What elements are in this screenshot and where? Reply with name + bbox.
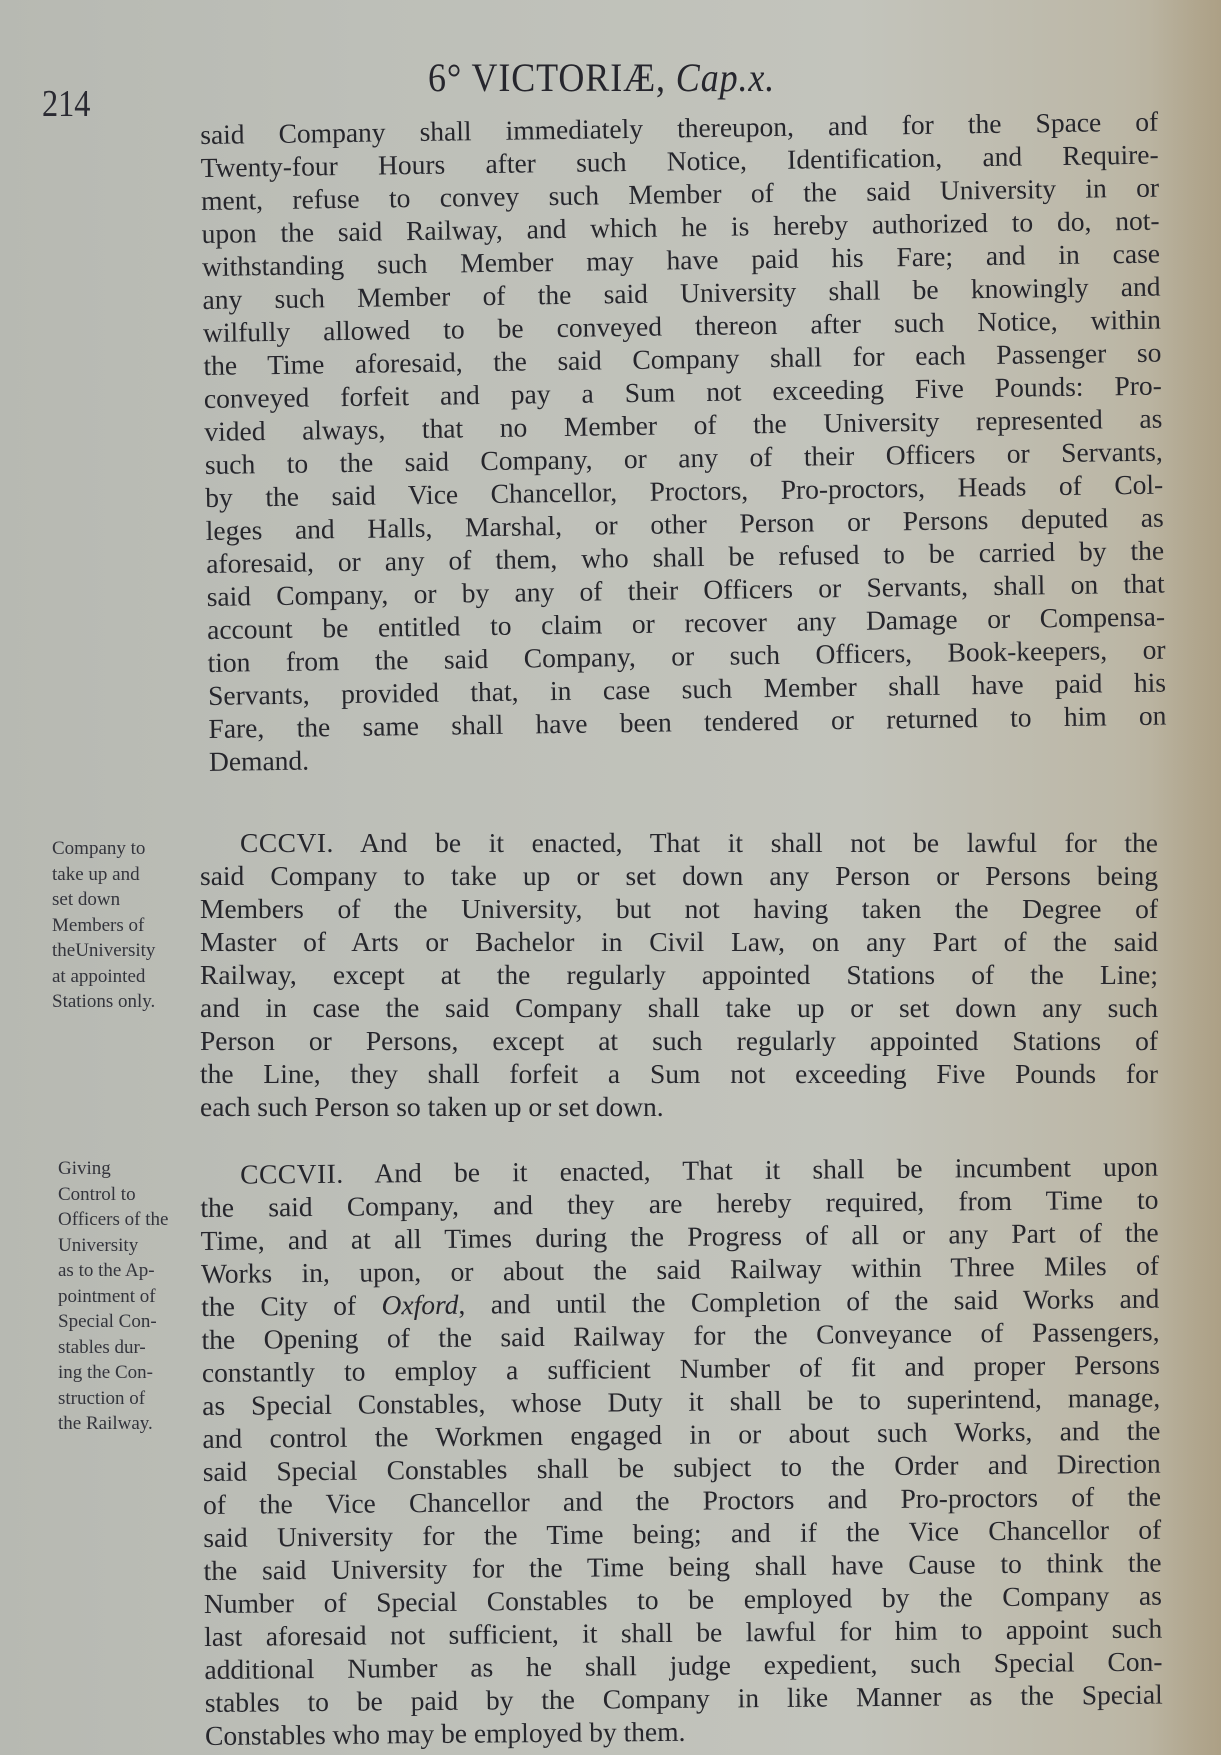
page-number: 214 [42, 82, 90, 126]
text-line: CCCVI. And be it enacted, That it shall … [200, 826, 1158, 859]
note-line: Giving [58, 1156, 168, 1182]
text-line: each such Person so taken up or set down… [200, 1090, 1158, 1123]
place-name: Oxford [381, 1289, 458, 1321]
note-line: Control to [58, 1182, 168, 1208]
note-line: pointment of [58, 1284, 168, 1310]
note-line: at appointed [52, 964, 155, 990]
section-cccvii: CCCVII. And be it enacted, That it shall… [200, 1150, 1163, 1752]
continuation-paragraph: said Company shall immediately thereupon… [200, 105, 1167, 778]
note-line: as to the Ap- [58, 1258, 168, 1284]
book-page: 214 6° VICTORIÆ, Cap.x. said Company sha… [0, 0, 1221, 1755]
section-cccvi: CCCVI. And be it enacted, That it shall … [200, 826, 1158, 1123]
text-line: Master of Arts or Bachelor in Civil Law,… [200, 925, 1158, 958]
text-line: Constables who may be employed by them. [205, 1711, 1163, 1752]
marginal-note-cccvii: Giving Control to Officers of the Univer… [58, 1156, 168, 1437]
text-line: Person or Persons, except at such regula… [200, 1024, 1158, 1057]
section-number: CCCVII. [240, 1158, 344, 1190]
page-curl-shadow [1151, 0, 1221, 1755]
note-line: ing the Con- [58, 1360, 168, 1386]
note-line: struction of [58, 1386, 168, 1412]
note-line: University [58, 1233, 168, 1259]
note-line: set down [52, 887, 155, 913]
note-line: Special Con- [58, 1309, 168, 1335]
marginal-note-cccvi: Company to take up and set down Members … [52, 836, 155, 1015]
note-line: the Railway. [58, 1411, 168, 1437]
note-line: take up and [52, 862, 155, 888]
note-line: Officers of the [58, 1207, 168, 1233]
section-number: CCCVI. [240, 827, 334, 858]
title-main: 6° VICTORIÆ, [428, 55, 676, 100]
text-line: Members of the University, but not havin… [200, 892, 1158, 925]
note-line: Stations only. [52, 989, 155, 1015]
note-line: Company to [52, 836, 155, 862]
title-chapter: Cap.x. [676, 55, 775, 100]
page-title: 6° VICTORIÆ, Cap.x. [428, 54, 775, 101]
text-line: and in case the said Company shall take … [200, 991, 1158, 1024]
note-line: theUniversity [52, 938, 155, 964]
note-line: stables dur- [58, 1335, 168, 1361]
text-line: the Line, they shall forfeit a Sum not e… [200, 1057, 1158, 1090]
text-line: Railway, except at the regularly appoint… [200, 958, 1158, 991]
note-line: Members of [52, 913, 155, 939]
text-line: said Company to take up or set down any … [200, 859, 1158, 892]
